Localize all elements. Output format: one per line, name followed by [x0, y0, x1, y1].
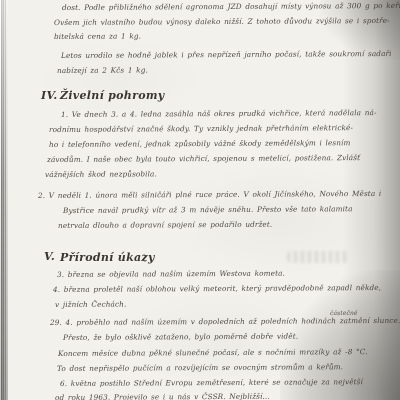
bleed-through-smudge — [287, 251, 349, 263]
section-v-title: Přírodní úkazy — [60, 251, 155, 264]
handwritten-line: 6. května postihlo Střední Evropu zemětř… — [60, 377, 363, 388]
handwritten-line: 2. V neděli 1. února měli silničáři plné… — [38, 189, 381, 200]
handwritten-line: rodnímu hospodářství značné škody. Ty vz… — [49, 123, 353, 134]
chronicle-page-scan: dost. Podle přibližného sdělení agronoma… — [0, 0, 400, 400]
handwritten-line: vážnějších škod nezpůsobila. — [45, 169, 157, 179]
handwritten-line: ho i telefonního vedení, jednak způsobil… — [49, 138, 351, 149]
handwritten-line: 1. Ve dnech 3. a 4. ledna zasáhla náš ok… — [61, 108, 377, 119]
handwritten-line: Bystřice navál prudký vítr až 3 m návěje… — [63, 204, 353, 215]
handwritten-line: bitelská cena za 1 kg. — [54, 31, 141, 41]
handwritten-line: v jižních Čechách. — [55, 300, 126, 309]
section-v-numeral: V. — [44, 250, 55, 263]
handwritten-line: Koncem měsíce dubna pěkné slunečné počas… — [58, 347, 368, 358]
handwritten-line: závodům. I naše obec byla touto vichřicí… — [47, 153, 360, 164]
book-binding-edge — [0, 0, 8, 400]
handwritten-line: od roku 1963. Projevilo se i u nás v ČSS… — [55, 392, 270, 400]
handwritten-line: To dost nepřispělo pučícím a rozvíjející… — [57, 362, 343, 373]
handwritten-line: netrvala dlouho a dopravní spojení se po… — [58, 220, 272, 230]
handwritten-line: Přesto, že bylo ošklivě zataženo, bylo p… — [63, 332, 298, 342]
handwritten-line: nabízejí za 2 Kčs 1 kg. — [57, 65, 148, 75]
section-iv-title: Živelní pohromy — [60, 89, 164, 102]
handwritten-line: 3. března se objevila nad naším územím W… — [57, 269, 285, 279]
section-iv-numeral: IV. — [41, 89, 58, 102]
